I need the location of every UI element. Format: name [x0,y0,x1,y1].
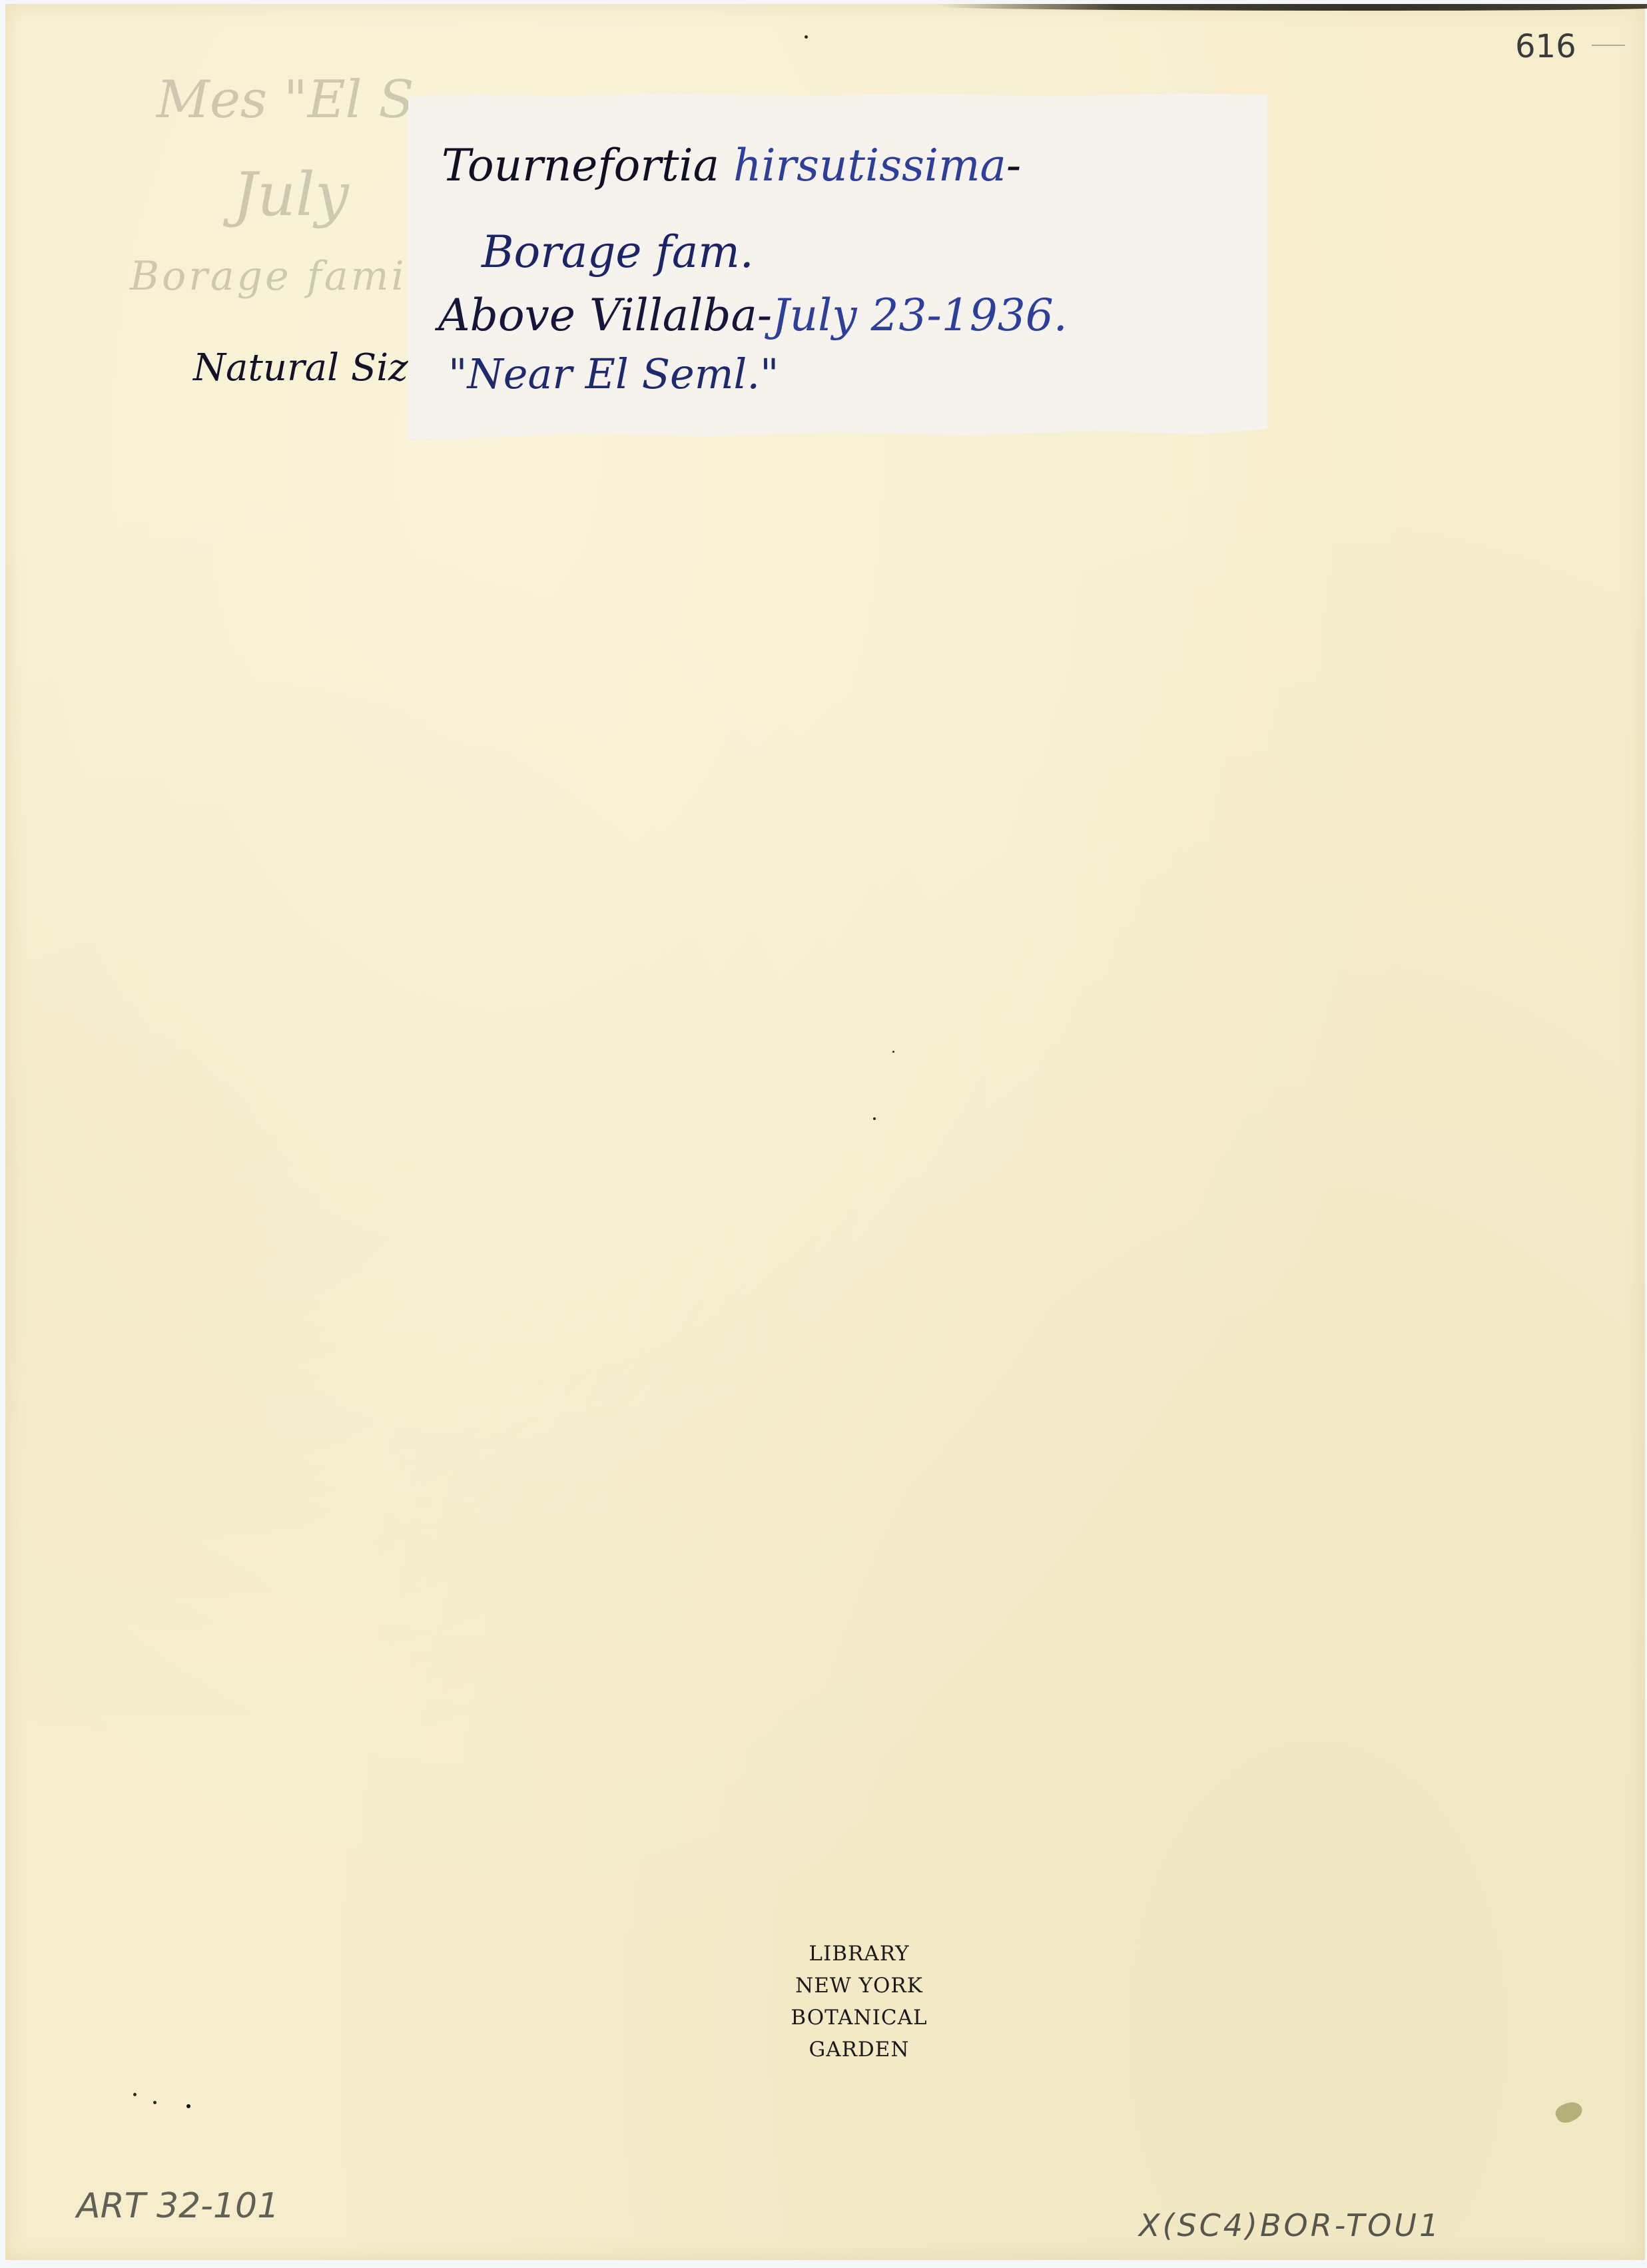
dash: - [1006,140,1021,191]
natural-size-note: Natural Siz [193,346,408,390]
ink-speck [805,35,808,39]
ink-speck [153,2101,157,2104]
catalog-number-right: X(SC4)BOR-TOU1 [1139,2207,1441,2243]
species-epithet-text: hirsutissima [733,140,1006,191]
catalog-number-left: ART 32-101 [77,2186,279,2226]
label-family-line: Borage fam. [482,226,754,278]
scanned-page: Mes "El S July Borage fami Natural Siz 6… [0,0,1647,2268]
faint-pencil-note-3: Borage fami [130,253,407,300]
stamp-line-3: BOTANICAL [766,2002,952,2034]
ink-speck [133,2093,137,2096]
faint-pencil-note-1: Mes "El S [157,70,414,130]
torn-edge-shadow [938,4,1647,11]
locality-text: Above Villalba- [438,290,772,341]
ink-speck [873,1117,876,1120]
specimen-label: Tournefortia hirsutissima- Borage fam. A… [408,93,1267,439]
label-near-line: "Near El Seml." [448,350,779,398]
label-locality-line: Above Villalba-July 23-1936. [438,290,1068,341]
label-species-line: Tournefortia hirsutissima- [442,140,1021,191]
page-number: 616 [1515,28,1576,65]
stamp-line-4: GARDEN [766,2034,952,2066]
genus-text: Tournefortia [442,140,733,191]
ink-speck [892,1051,894,1053]
date-text: July 23-1936. [772,290,1068,341]
library-stamp: LIBRARY NEW YORK BOTANICAL GARDEN [766,1938,952,2066]
faint-pencil-note-2: July [233,160,349,230]
stamp-line-1: LIBRARY [766,1938,952,1970]
ink-speck [186,2104,190,2108]
stamp-line-2: NEW YORK [766,1970,952,2002]
